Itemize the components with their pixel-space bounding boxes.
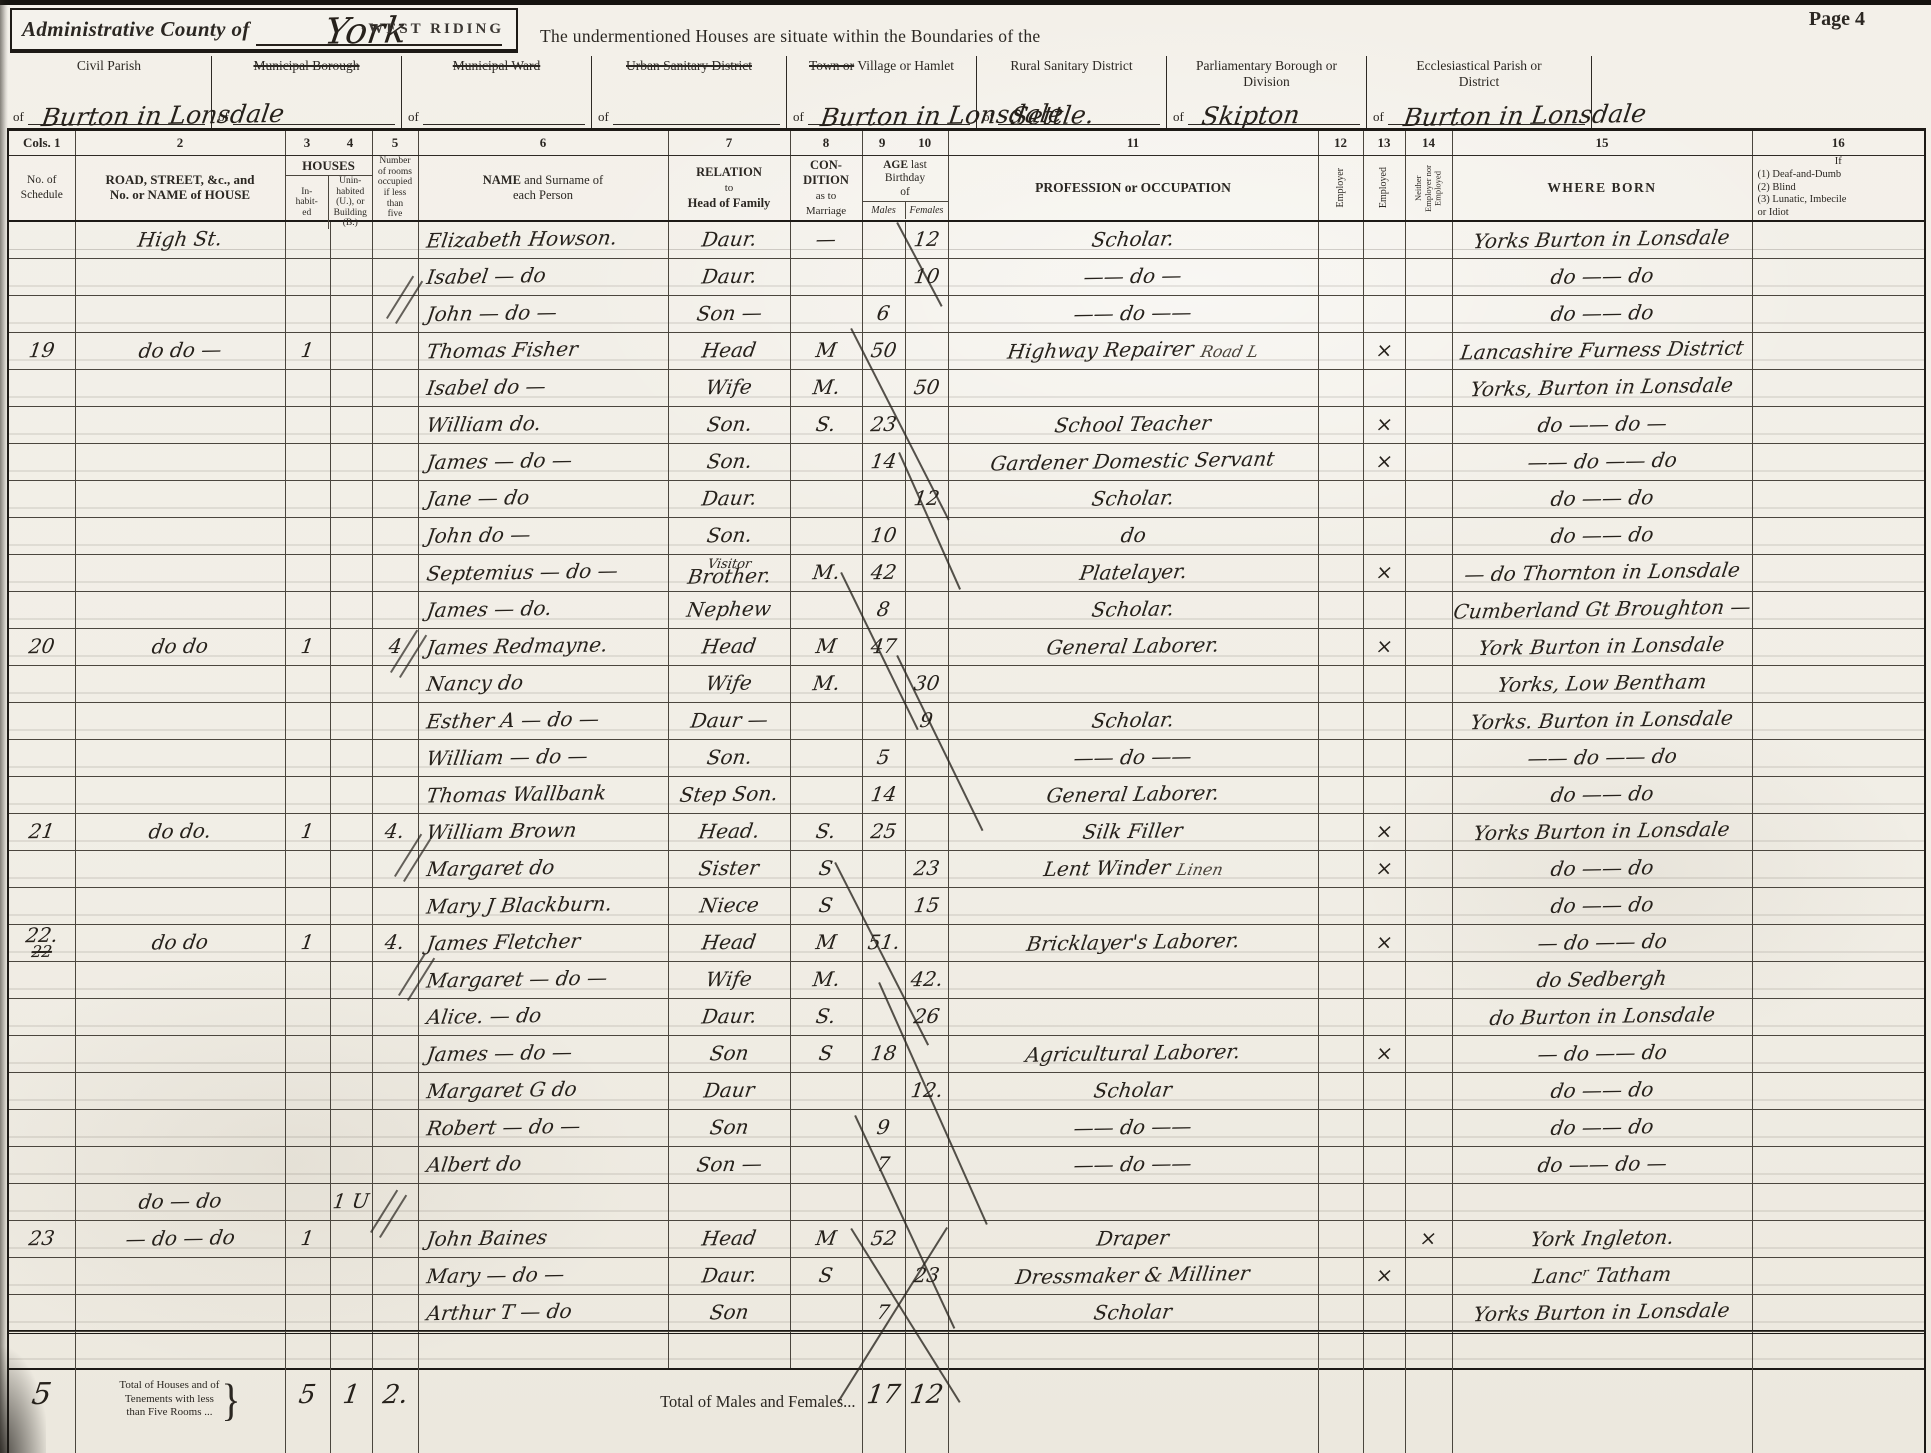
cell-rel: Son bbox=[668, 1294, 790, 1331]
district-column: Parliamentary Borough or DivisionofSkipt… bbox=[1167, 56, 1367, 128]
cell-rooms bbox=[372, 1220, 418, 1257]
cell-rooms bbox=[372, 258, 418, 295]
cell-occ: Scholar bbox=[948, 1294, 1318, 1331]
header-condition: CON- DITIONas to Marriage bbox=[790, 156, 862, 221]
cell-e14 bbox=[1405, 628, 1452, 665]
totals-empty-14 bbox=[1405, 1332, 1452, 1453]
census-row: 22.22do do14.James FletcherHeadM51.Brick… bbox=[8, 924, 1925, 961]
cell-rel: Niece bbox=[668, 887, 790, 924]
header-houses: HOUSES In- habit- ed Unin- habited (U.),… bbox=[285, 156, 372, 221]
cell-m: 52 bbox=[862, 1220, 905, 1257]
cell-rooms bbox=[372, 369, 418, 406]
cell-e13: × bbox=[1363, 924, 1405, 961]
cell-e14 bbox=[1405, 887, 1452, 924]
cell-uninh bbox=[330, 887, 372, 924]
cell-rooms bbox=[372, 1183, 418, 1220]
cell-sched bbox=[8, 850, 75, 887]
district-heading: Town or Village or Hamlet bbox=[791, 58, 972, 74]
census-row: Esther A — do —Daur —9Scholar.Yorks. Bur… bbox=[8, 702, 1925, 739]
cell-uninh bbox=[330, 998, 372, 1035]
cell-name: Robert — do — bbox=[418, 1109, 668, 1146]
cell-e12 bbox=[1318, 554, 1363, 591]
cell-m bbox=[862, 850, 905, 887]
cell-inh bbox=[285, 1183, 330, 1220]
cell-f bbox=[905, 1146, 948, 1183]
cell-f: 26 bbox=[905, 998, 948, 1035]
cell-f: 30 bbox=[905, 665, 948, 702]
cell-inh bbox=[285, 406, 330, 443]
cell-e12 bbox=[1318, 443, 1363, 480]
cell-m: 5 bbox=[862, 739, 905, 776]
cell-inf bbox=[1752, 1294, 1925, 1331]
cell-rel: Wife bbox=[668, 369, 790, 406]
cell-uninh bbox=[330, 517, 372, 554]
cell-m: 9 bbox=[862, 1109, 905, 1146]
cell-road bbox=[75, 850, 285, 887]
cell-occ bbox=[948, 665, 1318, 702]
cell-born: Yorks Burton in Lonsdale bbox=[1452, 813, 1752, 850]
cell-inf bbox=[1752, 1072, 1925, 1109]
colnum-3-4: 34 bbox=[285, 130, 372, 156]
cell-cond: M. bbox=[790, 665, 862, 702]
of-label: of bbox=[13, 109, 24, 125]
totals-rooms: 2. bbox=[372, 1332, 418, 1453]
cell-inf bbox=[1752, 628, 1925, 665]
cell-e13 bbox=[1363, 1146, 1405, 1183]
of-label: of bbox=[408, 109, 419, 125]
cell-born: Yorks Burton in Lonsdale bbox=[1452, 221, 1752, 259]
cell-e13 bbox=[1363, 776, 1405, 813]
cell-inf bbox=[1752, 406, 1925, 443]
cell-inf bbox=[1752, 369, 1925, 406]
cell-e12 bbox=[1318, 1294, 1363, 1331]
cell-e12 bbox=[1318, 702, 1363, 739]
totals-band: 5 Total of Houses and of Tenements with … bbox=[7, 1330, 1926, 1453]
cell-inf bbox=[1752, 813, 1925, 850]
cell-rooms bbox=[372, 295, 418, 332]
district-heading: Urban Sanitary District bbox=[596, 58, 782, 74]
cell-born: Yorks, Burton in Lonsdale bbox=[1452, 369, 1752, 406]
cell-rel: Daur. bbox=[668, 998, 790, 1035]
cell-cond bbox=[790, 1072, 862, 1109]
cell-f bbox=[905, 776, 948, 813]
cell-rel: Head. bbox=[668, 813, 790, 850]
administrative-county-box: Administrative County of York ·WEST RIDI… bbox=[10, 8, 518, 53]
cell-e14 bbox=[1405, 702, 1452, 739]
cell-inh bbox=[285, 258, 330, 295]
cell-f bbox=[905, 332, 948, 369]
cell-f bbox=[905, 1294, 948, 1331]
cell-e14 bbox=[1405, 369, 1452, 406]
cell-name: William Brown bbox=[418, 813, 668, 850]
census-row: 21do do.14.William BrownHead.S.25Silk Fi… bbox=[8, 813, 1925, 850]
totals-empty-occupation bbox=[948, 1332, 1318, 1453]
cell-uninh bbox=[330, 369, 372, 406]
header-males: Males bbox=[863, 202, 906, 219]
cell-sched bbox=[8, 258, 75, 295]
cell-name: Isabel — do bbox=[418, 258, 668, 295]
cell-rel: Head bbox=[668, 332, 790, 369]
cell-occ: Scholar bbox=[948, 1072, 1318, 1109]
cell-name: Mary — do — bbox=[418, 1257, 668, 1294]
district-heading: Rural Sanitary District bbox=[981, 58, 1162, 74]
cell-inf bbox=[1752, 1220, 1925, 1257]
cell-e12 bbox=[1318, 295, 1363, 332]
district-heading: Parliamentary Borough or Division bbox=[1171, 58, 1362, 89]
cell-e14 bbox=[1405, 517, 1452, 554]
totals-females: 12 bbox=[905, 1332, 948, 1453]
cell-e13 bbox=[1363, 480, 1405, 517]
cell-uninh bbox=[330, 591, 372, 628]
colnum-9-10: 910 bbox=[862, 130, 948, 156]
cell-inf bbox=[1752, 591, 1925, 628]
cell-name: Albert do bbox=[418, 1146, 668, 1183]
totals-males-females-label: Total of Males and Females... bbox=[418, 1332, 862, 1453]
district-heading: Municipal Borough bbox=[216, 58, 397, 74]
cell-cond bbox=[790, 702, 862, 739]
cell-road bbox=[75, 1294, 285, 1331]
cell-road: do do — bbox=[75, 332, 285, 369]
cell-occ: —— do — bbox=[948, 258, 1318, 295]
cell-born: Yorks Burton in Lonsdale bbox=[1452, 1294, 1752, 1331]
cell-e12 bbox=[1318, 739, 1363, 776]
cell-cond: M. bbox=[790, 369, 862, 406]
cell-name: John — do — bbox=[418, 295, 668, 332]
cell-inh bbox=[285, 1146, 330, 1183]
cell-cond: — bbox=[790, 221, 862, 259]
cell-e12 bbox=[1318, 1072, 1363, 1109]
colnum-14: 14 bbox=[1405, 130, 1452, 156]
cell-cond bbox=[790, 517, 862, 554]
cell-name: James — do. bbox=[418, 591, 668, 628]
cell-cond bbox=[790, 443, 862, 480]
cell-sched bbox=[8, 1072, 75, 1109]
cell-e13 bbox=[1363, 1183, 1405, 1220]
column-label-row: No. ofSchedule ROAD, STREET, &c., and No… bbox=[8, 156, 1925, 221]
cell-inh bbox=[285, 554, 330, 591]
cell-born: do —— do bbox=[1452, 1109, 1752, 1146]
census-row: Isabel — doDaur.10—— do —do —— do bbox=[8, 258, 1925, 295]
cell-f: 12 bbox=[905, 221, 948, 259]
cell-born: do —— do bbox=[1452, 887, 1752, 924]
census-row: Mary J Blackburn.NieceS15do —— do bbox=[8, 887, 1925, 924]
cell-e14 bbox=[1405, 1072, 1452, 1109]
cell-rooms bbox=[372, 776, 418, 813]
cell-e13 bbox=[1363, 591, 1405, 628]
district-heading: Civil Parish bbox=[11, 58, 207, 74]
cell-cond: S bbox=[790, 850, 862, 887]
cell-inh bbox=[285, 1257, 330, 1294]
header-where-born: WHERE BORN bbox=[1452, 156, 1752, 221]
cell-inf bbox=[1752, 998, 1925, 1035]
cell-e14 bbox=[1405, 1035, 1452, 1072]
cell-occ: Platelayer. bbox=[948, 554, 1318, 591]
census-row: Mary — do —Daur.S23Dressmaker & Milliner… bbox=[8, 1257, 1925, 1294]
cell-occ: Agricultural Laborer. bbox=[948, 1035, 1318, 1072]
district-column: Town or Village or HamletofBurton in Lon… bbox=[787, 56, 977, 128]
cell-cond: M bbox=[790, 628, 862, 665]
cell-e14 bbox=[1405, 258, 1452, 295]
cell-e12 bbox=[1318, 221, 1363, 259]
cell-uninh bbox=[330, 1072, 372, 1109]
cell-name: Alice. — do bbox=[418, 998, 668, 1035]
cell-occ: Bricklayer's Laborer. bbox=[948, 924, 1318, 961]
cell-born: Yorks, Low Bentham bbox=[1452, 665, 1752, 702]
cell-occ: General Laborer. bbox=[948, 776, 1318, 813]
cell-uninh bbox=[330, 406, 372, 443]
cell-inh: 1 bbox=[285, 813, 330, 850]
cell-name: Thomas Wallbank bbox=[418, 776, 668, 813]
cell-occ: Scholar. bbox=[948, 702, 1318, 739]
census-row: Septemius — do —VisitorBrother.M.42Plate… bbox=[8, 554, 1925, 591]
colnum-8: 8 bbox=[790, 130, 862, 156]
cell-rooms bbox=[372, 221, 418, 259]
cell-m: 10 bbox=[862, 517, 905, 554]
census-table: Cols. 1 2 34 5 6 7 8 910 11 12 13 14 15 … bbox=[7, 128, 1926, 1370]
cell-name: Arthur T — do bbox=[418, 1294, 668, 1331]
cell-m bbox=[862, 998, 905, 1035]
cell-name: Esther A — do — bbox=[418, 702, 668, 739]
cell-rel: Daur. bbox=[668, 480, 790, 517]
cell-uninh bbox=[330, 1109, 372, 1146]
cell-sched bbox=[8, 1035, 75, 1072]
cell-inh bbox=[285, 776, 330, 813]
cell-road bbox=[75, 702, 285, 739]
cell-m: 47 bbox=[862, 628, 905, 665]
cell-inf bbox=[1752, 665, 1925, 702]
census-row: James — do.Nephew8Scholar.Cumberland Gt … bbox=[8, 591, 1925, 628]
cell-born: — do —— do bbox=[1452, 924, 1752, 961]
cell-e13 bbox=[1363, 887, 1405, 924]
cell-e13 bbox=[1363, 1109, 1405, 1146]
cell-road bbox=[75, 406, 285, 443]
cell-e12 bbox=[1318, 1146, 1363, 1183]
cell-f bbox=[905, 739, 948, 776]
cell-e12 bbox=[1318, 258, 1363, 295]
cell-sched bbox=[8, 295, 75, 332]
cell-rel: Son bbox=[668, 1109, 790, 1146]
cell-occ: Scholar. bbox=[948, 480, 1318, 517]
cell-m bbox=[862, 221, 905, 259]
cell-sched bbox=[8, 665, 75, 702]
cell-f bbox=[905, 1220, 948, 1257]
cell-rel: Son. bbox=[668, 517, 790, 554]
census-row: Albert doSon —7—— do ——do —— do — bbox=[8, 1146, 1925, 1183]
cell-inf bbox=[1752, 295, 1925, 332]
cell-inh bbox=[285, 1294, 330, 1331]
cell-m bbox=[862, 702, 905, 739]
census-row: Margaret doSisterS23Lent WinderLinen×do … bbox=[8, 850, 1925, 887]
cell-road bbox=[75, 591, 285, 628]
cell-rel: Daur — bbox=[668, 702, 790, 739]
cell-e14 bbox=[1405, 813, 1452, 850]
totals-empty-born bbox=[1452, 1332, 1752, 1453]
cell-f bbox=[905, 517, 948, 554]
cell-cond: S. bbox=[790, 998, 862, 1035]
cell-rel: Wife bbox=[668, 961, 790, 998]
column-number-row: Cols. 1 2 34 5 6 7 8 910 11 12 13 14 15 … bbox=[8, 130, 1925, 156]
colnum-12: 12 bbox=[1318, 130, 1363, 156]
cell-born: do Burton in Lonsdale bbox=[1452, 998, 1752, 1035]
district-heading: Ecclesiastical Parish or District bbox=[1371, 58, 1587, 89]
cell-cond: S bbox=[790, 887, 862, 924]
cell-born: do —— do — bbox=[1452, 1146, 1752, 1183]
cell-uninh bbox=[330, 665, 372, 702]
district-underline bbox=[423, 100, 585, 125]
cell-rel: VisitorBrother. bbox=[668, 554, 790, 591]
of-label: of bbox=[1373, 109, 1384, 125]
cell-rooms bbox=[372, 887, 418, 924]
cell-rooms bbox=[372, 1146, 418, 1183]
cell-rooms bbox=[372, 702, 418, 739]
cell-rel: Daur. bbox=[668, 221, 790, 259]
cell-uninh bbox=[330, 1257, 372, 1294]
cell-born: —— do —— do bbox=[1452, 443, 1752, 480]
cell-inh: 1 bbox=[285, 628, 330, 665]
cell-e12 bbox=[1318, 1109, 1363, 1146]
cell-uninh bbox=[330, 443, 372, 480]
cell-rel: Nephew bbox=[668, 591, 790, 628]
cell-road bbox=[75, 887, 285, 924]
cell-inh bbox=[285, 739, 330, 776]
cell-e14 bbox=[1405, 554, 1452, 591]
cell-occ: Gardener Domestic Servant bbox=[948, 443, 1318, 480]
colnum-16: 16 bbox=[1752, 130, 1925, 156]
district-value-handwritten: Burton in Lonsdale bbox=[1402, 101, 1648, 130]
cell-road bbox=[75, 369, 285, 406]
cell-uninh bbox=[330, 258, 372, 295]
cell-e12 bbox=[1318, 332, 1363, 369]
cell-e14 bbox=[1405, 924, 1452, 961]
cell-uninh bbox=[330, 702, 372, 739]
cell-born: — do Thornton in Lonsdale bbox=[1452, 554, 1752, 591]
census-row: James — do —Son.14Gardener Domestic Serv… bbox=[8, 443, 1925, 480]
cell-rooms: 4. bbox=[372, 924, 418, 961]
header-infirmity: If (1) Deaf-and-Dumb (2) Blind (3) Lunat… bbox=[1752, 156, 1925, 221]
cell-road bbox=[75, 517, 285, 554]
cell-occ: Dressmaker & Milliner bbox=[948, 1257, 1318, 1294]
district-underline bbox=[613, 100, 780, 125]
cell-e14 bbox=[1405, 1109, 1452, 1146]
header-inhabited: In- habit- ed bbox=[286, 176, 330, 229]
cell-e12 bbox=[1318, 665, 1363, 702]
header-females: Females bbox=[906, 202, 948, 219]
cell-sched bbox=[8, 554, 75, 591]
cell-inf bbox=[1752, 258, 1925, 295]
cell-road bbox=[75, 1146, 285, 1183]
cell-m bbox=[862, 369, 905, 406]
cell-road: — do — do bbox=[75, 1220, 285, 1257]
cell-born: do —— do bbox=[1452, 517, 1752, 554]
cell-occ: —— do —— bbox=[948, 295, 1318, 332]
cell-m: 23 bbox=[862, 406, 905, 443]
cell-born: do —— do bbox=[1452, 1072, 1752, 1109]
district-underline: Settle. bbox=[998, 100, 1160, 125]
cell-e12 bbox=[1318, 850, 1363, 887]
cell-e14 bbox=[1405, 480, 1452, 517]
cell-inf bbox=[1752, 887, 1925, 924]
cell-rel: Head bbox=[668, 1220, 790, 1257]
west-riding-stamp: ·WEST RIDING bbox=[360, 21, 504, 38]
cell-sched bbox=[8, 443, 75, 480]
cell-sched bbox=[8, 591, 75, 628]
cell-rooms: 4. bbox=[372, 813, 418, 850]
cell-born: Lancʳ Tatham bbox=[1452, 1257, 1752, 1294]
cell-e14 bbox=[1405, 591, 1452, 628]
cell-uninh bbox=[330, 776, 372, 813]
colnum-11: 11 bbox=[948, 130, 1318, 156]
header-name: NAME and Surname ofeach Person bbox=[418, 156, 668, 221]
district-column: Municipal Wardof bbox=[402, 56, 592, 128]
header-employer: Employer bbox=[1318, 156, 1363, 221]
district-column: Civil ParishofBurton in Lonsdale bbox=[7, 56, 212, 128]
cell-m bbox=[862, 480, 905, 517]
census-row: Margaret G doDaur12.Scholardo —— do bbox=[8, 1072, 1925, 1109]
cell-e13: × bbox=[1363, 554, 1405, 591]
cell-e13 bbox=[1363, 221, 1405, 259]
cell-f bbox=[905, 406, 948, 443]
cell-sched: 19 bbox=[8, 332, 75, 369]
cell-e13: × bbox=[1363, 443, 1405, 480]
cell-m: 50 bbox=[862, 332, 905, 369]
cell-e13 bbox=[1363, 1294, 1405, 1331]
cell-born: York Burton in Lonsdale bbox=[1452, 628, 1752, 665]
cell-road bbox=[75, 1109, 285, 1146]
cell-e13 bbox=[1363, 665, 1405, 702]
cell-e13: × bbox=[1363, 813, 1405, 850]
admin-county-underline: York ·WEST RIDING bbox=[256, 5, 502, 46]
cell-occ: Silk Filler bbox=[948, 813, 1318, 850]
cell-rel: Son. bbox=[668, 443, 790, 480]
cell-rel: Step Son. bbox=[668, 776, 790, 813]
cell-inf bbox=[1752, 517, 1925, 554]
cell-occ: —— do —— bbox=[948, 1109, 1318, 1146]
cell-uninh bbox=[330, 1220, 372, 1257]
colnum-6: 6 bbox=[418, 130, 668, 156]
cell-e14 bbox=[1405, 998, 1452, 1035]
cell-e13: × bbox=[1363, 1035, 1405, 1072]
cell-road: High St. bbox=[75, 221, 285, 259]
cell-e13 bbox=[1363, 369, 1405, 406]
census-row: William do.Son.S.23School Teacher×do —— … bbox=[8, 406, 1925, 443]
cell-m bbox=[862, 1072, 905, 1109]
cell-e13 bbox=[1363, 1220, 1405, 1257]
cell-inh bbox=[285, 998, 330, 1035]
census-row: Arthur T — doSon7ScholarYorks Burton in … bbox=[8, 1294, 1925, 1331]
cell-road bbox=[75, 1072, 285, 1109]
cell-cond bbox=[790, 739, 862, 776]
cell-f bbox=[905, 1183, 948, 1220]
district-underline: Burton in Lonsdale bbox=[1388, 100, 1585, 125]
cell-e14 bbox=[1405, 221, 1452, 259]
cell-e12 bbox=[1318, 480, 1363, 517]
colnum-15: 15 bbox=[1452, 130, 1752, 156]
cell-m bbox=[862, 665, 905, 702]
header-schedule: No. ofSchedule bbox=[8, 156, 75, 221]
cell-e12 bbox=[1318, 1183, 1363, 1220]
cell-born: Lancashire Furness District bbox=[1452, 332, 1752, 369]
cell-m: 51. bbox=[862, 924, 905, 961]
cell-rel: Daur. bbox=[668, 1257, 790, 1294]
cell-cond bbox=[790, 1146, 862, 1183]
cell-sched bbox=[8, 887, 75, 924]
colnum-7: 7 bbox=[668, 130, 790, 156]
cell-sched bbox=[8, 776, 75, 813]
cell-inh: 1 bbox=[285, 1220, 330, 1257]
cell-road bbox=[75, 998, 285, 1035]
cell-born: do —— do bbox=[1452, 776, 1752, 813]
cell-rel: Sister bbox=[668, 850, 790, 887]
